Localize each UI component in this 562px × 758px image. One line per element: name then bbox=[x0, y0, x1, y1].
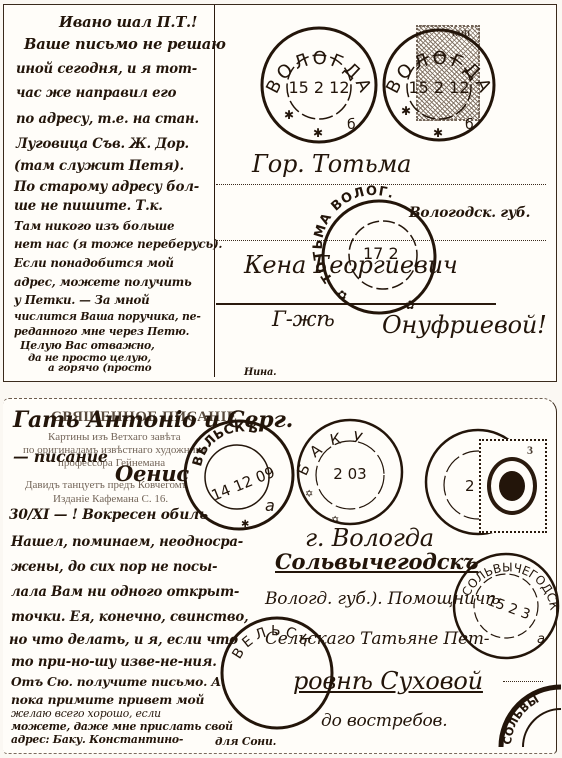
message-line: а горячо (просто bbox=[48, 362, 151, 374]
postmark-letter: а bbox=[537, 632, 545, 647]
message-line: точки. Ея, конечно, свинство, bbox=[11, 609, 248, 625]
message-line: нет нас (я тоже переберусь). bbox=[14, 237, 222, 251]
message-line: (там служит Петя). bbox=[14, 158, 184, 174]
message-line: час же направил его bbox=[16, 85, 176, 101]
message-line: Там никого изъ больше bbox=[14, 219, 174, 233]
message-line: Нашел, поминаем, неодносра- bbox=[11, 534, 243, 550]
address-line: Сольвычегодскъ bbox=[275, 549, 478, 574]
message-line: Целую Вас отважно, bbox=[20, 339, 155, 352]
message-line: у Петки. — За мной bbox=[14, 293, 150, 307]
message-line: адрес, можете получить bbox=[14, 275, 192, 289]
message-line: лала Вам ни одного открыт- bbox=[11, 584, 239, 600]
svg-text:✱: ✱ bbox=[433, 126, 443, 140]
svg-text:ТОТЬМА ВОЛОГ.: ТОТЬМА ВОЛОГ. bbox=[311, 184, 397, 285]
postmark-solvy-corner: СОЛЬВЫ bbox=[501, 687, 561, 747]
postmark-letter: а bbox=[265, 496, 275, 515]
svg-text:✱: ✱ bbox=[241, 519, 249, 530]
address-line: до востребов. bbox=[321, 711, 447, 731]
message-line: Отъ Сю. получите письмо. А bbox=[11, 674, 221, 689]
stamp-denomination: 3 bbox=[527, 443, 533, 458]
message-line: адрес: Баку. Константино- bbox=[11, 733, 183, 746]
address-line: Гор. Тотьма bbox=[252, 150, 411, 178]
postmark-date: 15 2 12 bbox=[408, 78, 469, 97]
message-line: Луговица Съв. Ж. Дор. bbox=[16, 136, 189, 152]
message-line: жены, до сих пор не посы- bbox=[11, 559, 217, 575]
signature: Нина. bbox=[244, 367, 276, 378]
postmark-totma: ТОТЬМА ВОЛОГ. 17 2 ✿ ✿ bbox=[319, 197, 439, 317]
message-line: по адресу, т.е. на стан. bbox=[16, 111, 199, 127]
postcard-bottom: СВЯЩЕННОЕ ПИСАНІЕ Картины изъ Ветхаго за… bbox=[3, 398, 557, 754]
address-line: Сельскаго Татьяне Пет- bbox=[265, 629, 489, 649]
message-line: но что делать, и я, если что bbox=[9, 632, 238, 648]
postmark-letter: б bbox=[347, 117, 356, 133]
message-line: реданного мне через Петю. bbox=[14, 325, 189, 338]
postmark-date: 2 bbox=[465, 477, 475, 495]
postmark-vologda-1: ВОЛОГДА 15 2 12 б ✱ ✱ bbox=[259, 25, 379, 145]
message-line: иной сегодня, и я тот- bbox=[16, 61, 197, 77]
postage-stamp: 3 bbox=[479, 439, 547, 533]
postmark-letter: б bbox=[465, 117, 474, 133]
message-line: числится Ваша поручика, пе- bbox=[14, 310, 201, 323]
header-handwriting: — писание bbox=[13, 447, 108, 466]
message-line: Если понадобится мой bbox=[14, 256, 174, 270]
message-line: Ивано шал П.Т.! bbox=[59, 13, 197, 31]
svg-text:ВѢЛЬСКЪ: ВѢЛЬСКЪ bbox=[190, 420, 259, 468]
message-line: 30/XI — ! Вокресен обиль bbox=[9, 507, 208, 523]
message-line: Ваше письмо не решаю bbox=[24, 35, 226, 53]
postmark-date: 2 03 bbox=[333, 465, 366, 483]
signature: для Сони. bbox=[215, 735, 276, 748]
address-line: г. Вологда bbox=[305, 524, 434, 552]
address-rule bbox=[503, 681, 543, 682]
message-line: то при-но-шу извe-не-ния. bbox=[11, 654, 217, 670]
printed-line: Изданіе Кафемана С. 16. bbox=[53, 493, 168, 505]
svg-text:✱: ✱ bbox=[313, 126, 323, 140]
message-line: желаю всего хорошо, если bbox=[11, 707, 161, 720]
svg-text:✿: ✿ bbox=[337, 288, 347, 302]
postmark-town: ВѢЛЬСКЪ bbox=[190, 420, 259, 468]
postmark-baku-1: БАКУ 2 03 ✡ ✡ bbox=[295, 417, 405, 527]
address-line: Вологд. губ.). Помощничѣ bbox=[265, 589, 500, 609]
postmark-velsk: ВѢЛЬСКЪ 14 12 09 а ✱ bbox=[181, 417, 297, 533]
postmark-vologda-2: ВОЛОГДА 15 2 12 б ✱ ✱ bbox=[379, 25, 499, 145]
svg-text:✱: ✱ bbox=[401, 104, 411, 118]
message-line: ше не пишите. Т.к. bbox=[14, 198, 163, 214]
header-handwriting: Оенис bbox=[115, 461, 189, 486]
postmark-town: ТОТЬМА ВОЛОГ. bbox=[311, 184, 397, 285]
postcard-divider bbox=[214, 5, 215, 377]
message-line: По старому адресу бол- bbox=[14, 179, 199, 195]
postmark-date: 17 2 bbox=[363, 244, 399, 263]
svg-text:✡: ✡ bbox=[305, 489, 313, 500]
address-line: ровнѣ Суховой bbox=[293, 667, 483, 695]
message-line: можете, даже мне прислать свой bbox=[11, 720, 233, 733]
message-line: пока примите привет мой bbox=[11, 692, 204, 707]
postmark-date: 15 2 12 bbox=[288, 78, 349, 97]
svg-text:✿: ✿ bbox=[405, 298, 415, 312]
svg-text:✱: ✱ bbox=[284, 108, 294, 122]
postcard-top: Ивано шал П.Т.! Ваше письмо не решаю ино… bbox=[3, 4, 557, 382]
